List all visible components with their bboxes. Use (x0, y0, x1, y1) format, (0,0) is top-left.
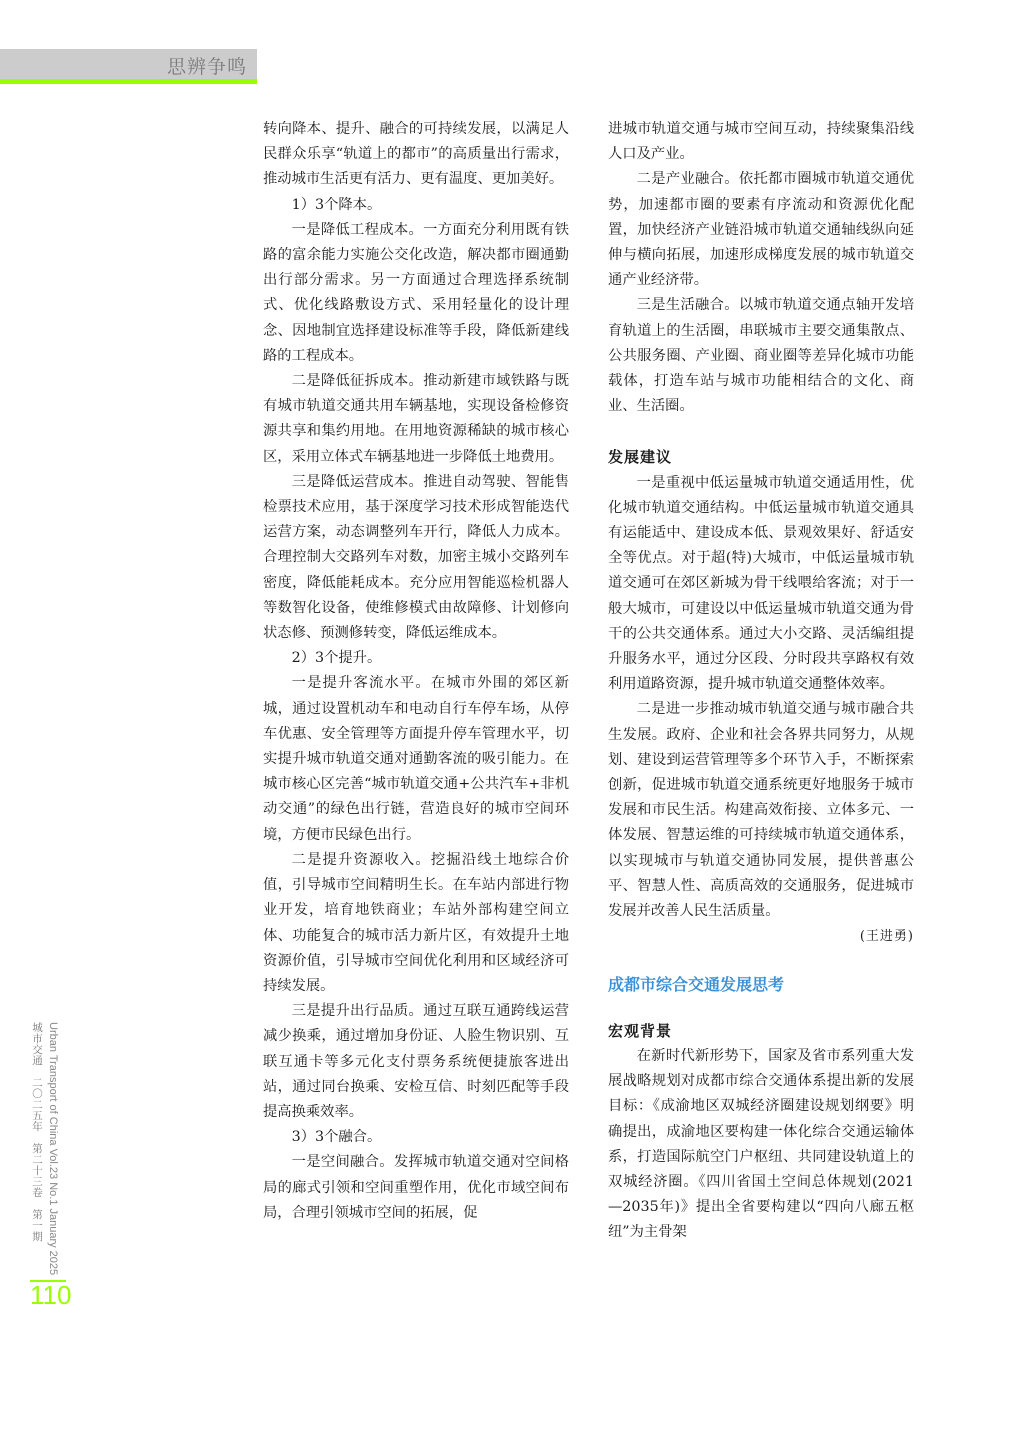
paragraph: 三是提升出行品质。通过互联互通跨线运营减少换乘，通过增加身份证、人脸生物识别、互… (263, 999, 569, 1125)
journal-info-sidebar: 城市交通 二〇二五年 第二十三卷 第一期 Urban Transport of … (30, 1022, 70, 1282)
journal-issue-en: Urban Transport of China Vol.23 No.1 Jan… (47, 1022, 59, 1275)
subheading-reduce-cost: 1）3个降本。 (263, 193, 569, 218)
section-banner: 思辨争鸣 (0, 49, 257, 84)
right-column: 进城市轨道交通与城市空间互动，持续聚集沿线人口及产业。 二是产业融合。依托都市圈… (608, 117, 914, 1246)
paragraph: 一是重视中低运量城市轨道交通适用性，优化城市轨道交通结构。中低运量城市轨道交通具… (608, 471, 914, 698)
paragraph: 转向降本、提升、融合的可持续发展，以满足人民群众乐享“轨道上的都市”的高质量出行… (263, 117, 569, 193)
paragraph: 在新时代新形势下，国家及省市系列重大发展战略规划对成都市综合交通体系提出新的发展… (608, 1044, 914, 1246)
page-number: 110 (30, 1280, 71, 1311)
section-heading-background: 宏观背景 (608, 1019, 914, 1044)
paragraph: 一是空间融合。发挥城市轨道交通对空间格局的廊式引领和空间重塑作用，优化市域空间布… (263, 1150, 569, 1226)
article-title: 成都市综合交通发展思考 (608, 972, 914, 997)
paragraph: 一是提升客流水平。在城市外围的郊区新城，通过设置机动车和电动自行车停车场，从停车… (263, 671, 569, 847)
subheading-integrate: 3）3个融合。 (263, 1125, 569, 1150)
journal-issue-cn: 城市交通 二〇二五年 第二十三卷 第一期 (30, 1022, 45, 1242)
section-heading-suggestions: 发展建议 (608, 445, 914, 470)
paragraph: 二是降低征拆成本。推动新建市域铁路与既有城市轨道交通共用车辆基地，实现设备检修资… (263, 369, 569, 470)
paragraph: 一是降低工程成本。一方面充分利用既有铁路的富余能力实施公交化改造，解决都市圈通勤… (263, 218, 569, 369)
section-label: 思辨争鸣 (167, 52, 247, 79)
paragraph: 二是进一步推动城市轨道交通与城市融合共生发展。政府、企业和社会各界共同努力，从规… (608, 697, 914, 924)
paragraph: 三是降低运营成本。推进自动驾驶、智能售检票技术应用，基于深度学习技术形成智能迭代… (263, 470, 569, 646)
paragraph: 进城市轨道交通与城市空间互动，持续聚集沿线人口及产业。 (608, 117, 914, 167)
author-credit: (王进勇) (608, 924, 914, 949)
subheading-improve: 2）3个提升。 (263, 646, 569, 671)
paragraph: 二是产业融合。依托都市圈城市轨道交通优势，加速都市圈的要素有序流动和资源优化配置… (608, 167, 914, 293)
left-column: 转向降本、提升、融合的可持续发展，以满足人民群众乐享“轨道上的都市”的高质量出行… (263, 117, 569, 1226)
paragraph: 三是生活融合。以城市轨道交通点轴开发培育轨道上的生活圈，串联城市主要交通集散点、… (608, 293, 914, 419)
paragraph: 二是提升资源收入。挖掘沿线土地综合价值，引导城市空间精明生长。在车站内部进行物业… (263, 848, 569, 999)
